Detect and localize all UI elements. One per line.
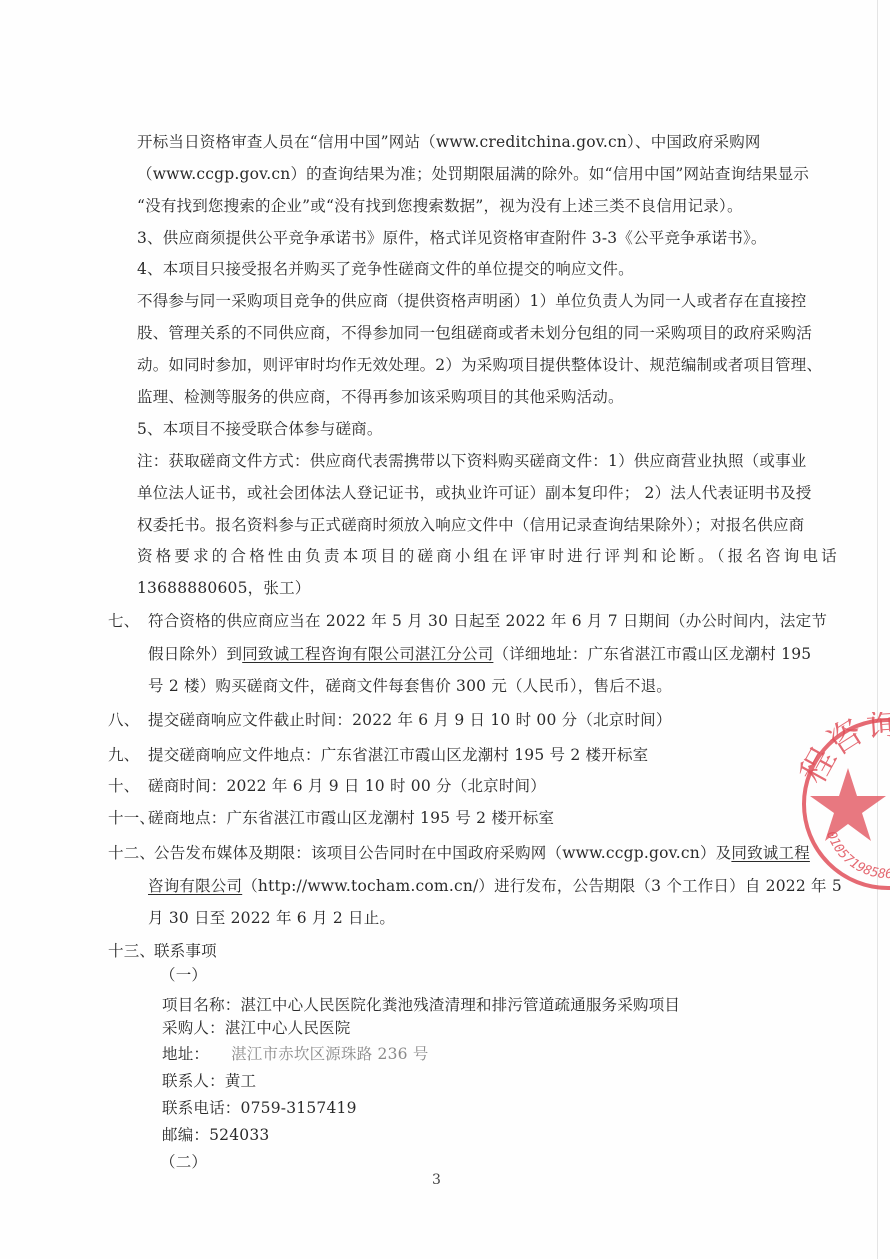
field-label: 项目名称： — [162, 996, 241, 1014]
item-4: 4、本项目只接受报名并购买了竞争性磋商文件的单位提交的响应文件。 — [137, 258, 634, 280]
section-7-line: 号 2 楼）购买磋商文件，磋商文件每套售价 300 元（人民币），售后不退。 — [148, 675, 672, 697]
company-branch-name: 同致诚工程咨询有限公司湛江分公司 — [242, 645, 493, 663]
field-label: 邮编： — [162, 1126, 209, 1144]
field-value: 湛江中心人民医院 — [225, 1019, 351, 1037]
section-12-text: （http://www.tocham.com.cn/）进行发布，公告期限（3 个… — [242, 877, 842, 895]
section-12-number: 十二、 — [108, 842, 155, 864]
note-line: 单位法人证书，或社会团体法人登记证书，或执业许可证）副本复印件； 2）法人代表证… — [137, 482, 812, 504]
field-value: 0759-3157419 — [241, 1099, 357, 1117]
svg-text:01057198586: 01057198586 — [823, 829, 890, 882]
field-value: 黄工 — [225, 1072, 256, 1090]
field-value: 湛江中心人民医院化粪池残渣清理和排污管道疏通服务采购项目 — [241, 996, 681, 1014]
section-7-line: 符合资格的供应商应当在 2022 年 5 月 30 日起至 2022 年 6 月… — [148, 610, 827, 632]
section-9-number: 九、 — [108, 744, 139, 766]
section-8-text: 提交磋商响应文件截止时间：2022 年 6 月 9 日 10 时 00 分（北京… — [148, 709, 672, 731]
stamp-text: 程咨询 — [798, 712, 890, 791]
section-7-text: 假日除外）到 — [148, 645, 242, 663]
item-3: 3、供应商须提供公平竞争承诺书》原件，格式详见资格审查附件 3-3《公平竞争承诺… — [137, 227, 767, 249]
buyer-field: 采购人：湛江中心人民医院 — [162, 1017, 350, 1039]
section-12-line: 咨询有限公司（http://www.tocham.com.cn/）进行发布，公告… — [148, 875, 842, 897]
note-line: 13688880605，张工） — [137, 577, 310, 599]
field-value: 湛江市赤坎区源珠路 236 号 — [231, 1045, 428, 1063]
document-page: 开标当日资格审查人员在“信用中国”网站（www.creditchina.gov.… — [0, 0, 890, 1259]
section-9-text: 提交磋商响应文件地点：广东省湛江市霞山区龙潮村 195 号 2 楼开标室 — [148, 744, 648, 766]
scan-edge-divider — [877, 0, 878, 1259]
company-seal-stamp: 程咨询 01057198586 — [798, 712, 890, 892]
paragraph-line: 股、管理关系的不同供应商，不得参加同一包组磋商或者未划分包组的同一采购项目的政府… — [137, 322, 812, 344]
subsection-1-label: （一） — [160, 964, 207, 986]
svg-text:程咨询: 程咨询 — [798, 712, 890, 791]
stamp-serial: 01057198586 — [823, 829, 890, 882]
field-label: 地址： — [162, 1045, 209, 1063]
field-label: 联系电话： — [162, 1099, 241, 1117]
project-name-field: 项目名称：湛江中心人民医院化粪池残渣清理和排污管道疏通服务采购项目 — [162, 994, 680, 1016]
section-12-line: 公告发布媒体及期限：该项目公告同时在中国政府采购网（www.ccgp.gov.c… — [154, 842, 810, 864]
address-field: 地址：湛江市赤坎区源珠路 236 号 — [162, 1043, 429, 1065]
company-name-link: 咨询有限公司 — [148, 877, 242, 895]
section-12-line: 月 30 日至 2022 年 6 月 2 日止。 — [148, 907, 395, 929]
field-label: 采购人： — [162, 1019, 225, 1037]
field-value: 524033 — [209, 1126, 269, 1144]
item-5: 5、本项目不接受联合体参与磋商。 — [137, 418, 383, 440]
section-7-text: （详细地址：广东省湛江市霞山区龙潮村 195 — [493, 645, 811, 663]
paragraph-line: “没有找到您搜索的企业”或“没有找到您搜索数据”，视为没有上述三类不良信用记录）… — [137, 195, 743, 217]
paragraph-line: 不得参与同一采购项目竞争的供应商（提供资格声明函）1）单位负责人为同一人或者存在… — [137, 290, 806, 312]
section-7-line: 假日除外）到同致诚工程咨询有限公司湛江分公司（详细地址：广东省湛江市霞山区龙潮村… — [148, 643, 811, 665]
note-line: 注：获取磋商文件方式：供应商代表需携带以下资料购买磋商文件：1）供应商营业执照（… — [137, 450, 806, 472]
section-13-title: 联系事项 — [154, 940, 217, 962]
section-12-text: 公告发布媒体及期限：该项目公告同时在中国政府采购网（www.ccgp.gov.c… — [154, 844, 731, 862]
note-line: 资格要求的合格性由负责本项目的磋商小组在评审时进行评判和论断。（报名咨询电话 — [137, 545, 840, 567]
section-7-number: 七、 — [108, 610, 139, 632]
section-10-number: 十、 — [108, 775, 139, 797]
contact-field: 联系人：黄工 — [162, 1070, 256, 1092]
note-line: 权委托书。报名资料参与正式磋商时须放入响应文件中（信用记录查询结果除外）；对报名… — [137, 514, 804, 536]
section-13-number: 十三、 — [108, 940, 155, 962]
section-8-number: 八、 — [108, 709, 139, 731]
section-11-text: 磋商地点：广东省湛江市霞山区龙潮村 195 号 2 楼开标室 — [148, 807, 554, 829]
subsection-2-label: （二） — [160, 1151, 207, 1173]
phone-field: 联系电话：0759-3157419 — [162, 1097, 357, 1119]
zip-field: 邮编：524033 — [162, 1124, 269, 1146]
paragraph-line: 动。如同时参加，则评审时均作无效处理。2）为采购项目提供整体设计、规范编制或者项… — [137, 354, 822, 376]
field-label: 联系人： — [162, 1072, 225, 1090]
page-number: 3 — [432, 1172, 441, 1188]
paragraph-line: 监理、检测等服务的供应商，不得再参加该采购项目的其他采购活动。 — [137, 386, 624, 408]
paragraph-line: 开标当日资格审查人员在“信用中国”网站（www.creditchina.gov.… — [137, 131, 761, 153]
section-10-text: 磋商时间：2022 年 6 月 9 日 10 时 00 分（北京时间） — [148, 775, 546, 797]
paragraph-line: （www.ccgp.gov.cn）的查询结果为准；处罚期限届满的除外。如“信用中… — [137, 163, 809, 185]
